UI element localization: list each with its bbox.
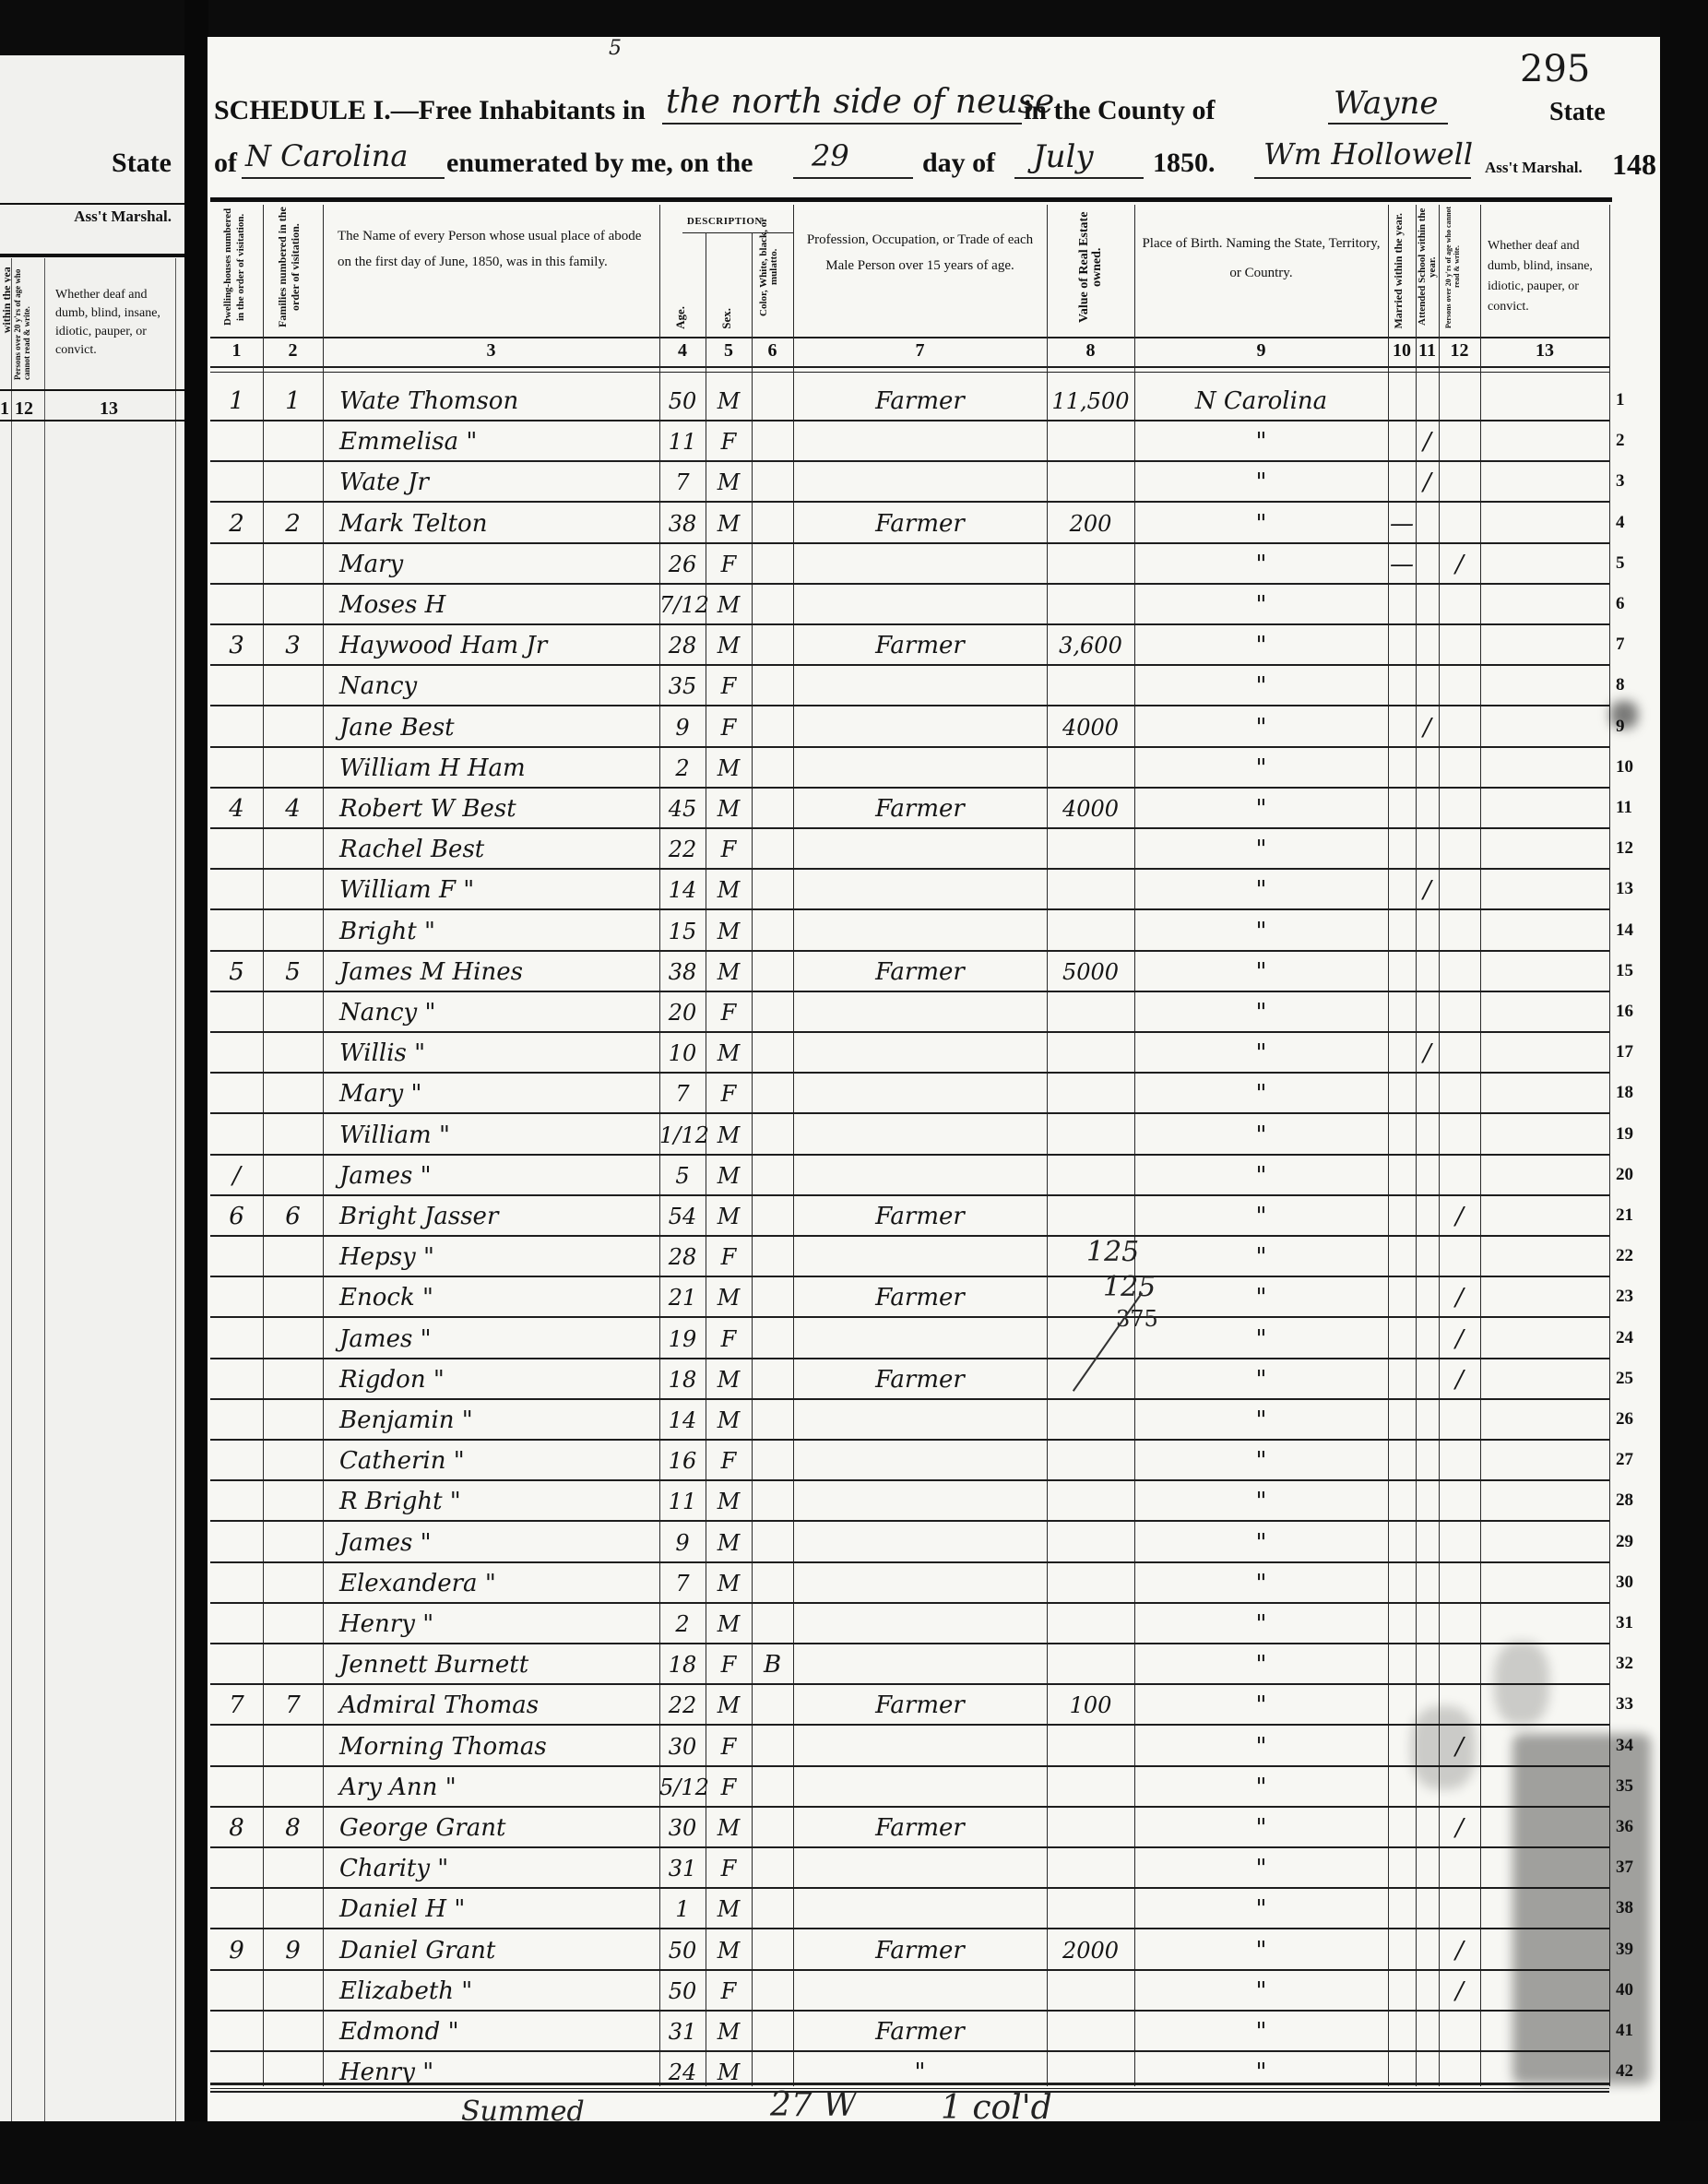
cell-sex: M [706, 911, 752, 952]
cell-school [1416, 544, 1439, 585]
colnum-1: 1 [210, 340, 263, 362]
marshal-label: Ass't Marshal. [1485, 159, 1583, 177]
cell-real-estate [1047, 911, 1134, 952]
cell-dwelling [210, 829, 263, 870]
cell-name: Nancy [323, 666, 659, 706]
cell-dwelling: / [210, 1156, 263, 1196]
colnum-10: 10 [1388, 340, 1416, 362]
cell-married [1388, 707, 1416, 748]
cell-illiterate: / [1439, 1808, 1480, 1848]
cell-sex: F [706, 421, 752, 462]
cell-illiterate [1439, 707, 1480, 748]
table-row: Nancy "20F" [210, 992, 1609, 1033]
cell-family [263, 666, 323, 706]
table-row: Willis "10M"/ [210, 1033, 1609, 1074]
cell-condition [1480, 504, 1609, 544]
cell-age: 20 [659, 992, 706, 1033]
cell-dwelling [210, 1889, 263, 1929]
cell-dwelling [210, 1563, 263, 1604]
table-row: 22Mark Telton38MFarmer200"— [210, 504, 1609, 544]
cell-family [263, 911, 323, 952]
cell-birthplace: " [1134, 1074, 1388, 1114]
cell-age: 28 [659, 625, 706, 666]
cell-family [263, 1481, 323, 1522]
line-number: 32 [1616, 1654, 1653, 1674]
cell-birthplace: " [1134, 1277, 1388, 1318]
col-4-header: Age. [659, 205, 706, 337]
cell-age: 19 [659, 1319, 706, 1359]
cell-color [752, 1848, 793, 1889]
cell-age: 2 [659, 748, 706, 789]
cell-married [1388, 1767, 1416, 1808]
cell-family [263, 1033, 323, 1074]
cell-real-estate: 11,500 [1047, 381, 1134, 421]
table-row: Catherin "16F" [210, 1441, 1609, 1481]
cell-dwelling [210, 1074, 263, 1114]
cell-sex: M [706, 1196, 752, 1237]
page-edge-shadow [1660, 0, 1708, 2184]
cell-family: 5 [263, 952, 323, 992]
cell-occupation: Farmer [793, 625, 1047, 666]
cell-color [752, 1196, 793, 1237]
line-number: 14 [1616, 920, 1653, 941]
prev-colnum: 1 [0, 398, 9, 420]
cell-sex: M [706, 1523, 752, 1563]
cell-married: — [1388, 504, 1416, 544]
cell-name: William H Ham [323, 748, 659, 789]
cell-real-estate [1047, 748, 1134, 789]
cell-married [1388, 1889, 1416, 1929]
cell-real-estate [1047, 1604, 1134, 1644]
cell-dwelling [210, 585, 263, 625]
cell-sex: F [706, 829, 752, 870]
cell-color [752, 707, 793, 748]
line-number: 21 [1616, 1205, 1653, 1226]
cell-birthplace: " [1134, 1727, 1388, 1767]
line-number: 25 [1616, 1369, 1653, 1389]
cell-birthplace: " [1134, 911, 1388, 952]
line-number: 24 [1616, 1328, 1653, 1348]
cell-married [1388, 1685, 1416, 1726]
cell-color [752, 504, 793, 544]
cell-occupation [793, 1156, 1047, 1196]
cell-married [1388, 748, 1416, 789]
cell-sex: M [706, 1930, 752, 1971]
cell-married [1388, 1971, 1416, 2012]
cell-dwelling [210, 1277, 263, 1318]
cell-color: B [752, 1644, 793, 1685]
cell-illiterate [1439, 1848, 1480, 1889]
cell-real-estate [1047, 544, 1134, 585]
of-label: of [214, 148, 237, 179]
cell-dwelling: 6 [210, 1196, 263, 1237]
table-row: Hepsy "28F" [210, 1237, 1609, 1277]
cell-illiterate: / [1439, 1930, 1480, 1971]
header-rule [210, 197, 1612, 202]
cell-real-estate [1047, 1074, 1134, 1114]
cell-school [1416, 1074, 1439, 1114]
table-row: 11Wate Thomson50MFarmer11,500N Carolina [210, 381, 1609, 421]
cell-name: Haywood Ham Jr [323, 625, 659, 666]
cell-married [1388, 1237, 1416, 1277]
cell-birthplace: " [1134, 1319, 1388, 1359]
cell-illiterate [1439, 829, 1480, 870]
cell-real-estate [1047, 1644, 1134, 1685]
cell-real-estate [1047, 462, 1134, 503]
cell-illiterate: / [1439, 1971, 1480, 2012]
cell-real-estate [1047, 1889, 1134, 1929]
cell-illiterate [1439, 1115, 1480, 1156]
cell-sex: F [706, 1441, 752, 1481]
cell-illiterate [1439, 1644, 1480, 1685]
col-13-header: Whether deaf and dumb, blind, insane, id… [1480, 205, 1609, 337]
cell-color [752, 625, 793, 666]
cell-illiterate [1439, 1033, 1480, 1074]
cell-illiterate [1439, 666, 1480, 706]
cell-color [752, 1604, 793, 1644]
line-number: 23 [1616, 1287, 1653, 1307]
cell-occupation [793, 1523, 1047, 1563]
cell-occupation [793, 1604, 1047, 1644]
cell-condition [1480, 1523, 1609, 1563]
cell-birthplace: " [1134, 1441, 1388, 1481]
cell-family [263, 1889, 323, 1929]
table-row: Rachel Best22F" [210, 829, 1609, 870]
cell-color [752, 1237, 793, 1277]
line-number: 27 [1616, 1450, 1653, 1470]
col-2-header: Families numbered in the order of visita… [263, 205, 323, 337]
cell-sex: F [706, 666, 752, 706]
cell-age: 22 [659, 829, 706, 870]
cell-illiterate [1439, 870, 1480, 910]
cell-occupation: Farmer [793, 789, 1047, 829]
table-row: Rigdon "18MFarmer"/ [210, 1359, 1609, 1400]
cell-birthplace: " [1134, 1115, 1388, 1156]
cell-dwelling: 4 [210, 789, 263, 829]
line-number: 19 [1616, 1124, 1653, 1145]
table-row: 99Daniel Grant50MFarmer2000"/ [210, 1930, 1609, 1971]
table-row: 44Robert W Best45MFarmer4000" [210, 789, 1609, 829]
cell-real-estate [1047, 1196, 1134, 1237]
page-number-handwritten: 295 [1520, 48, 1590, 90]
cell-real-estate [1047, 2052, 1134, 2093]
cell-real-estate [1047, 1971, 1134, 2012]
table-row: Morning Thomas30F"/ [210, 1727, 1609, 1767]
cell-name: Hepsy " [323, 1237, 659, 1277]
line-number: 10 [1616, 757, 1653, 777]
cell-dwelling [210, 421, 263, 462]
cell-illiterate [1439, 1604, 1480, 1644]
cell-color [752, 1074, 793, 1114]
cell-married [1388, 666, 1416, 706]
cell-occupation [793, 585, 1047, 625]
cell-illiterate [1439, 1400, 1480, 1441]
enumerated-label: enumerated by me, on the [446, 148, 753, 179]
table-row: James "9M" [210, 1523, 1609, 1563]
state-label: State [1549, 98, 1606, 127]
day-handwritten: 29 [812, 138, 849, 173]
cell-name: Morning Thomas [323, 1727, 659, 1767]
cell-occupation [793, 1848, 1047, 1889]
colnum-5: 5 [706, 340, 752, 362]
prev-underline [0, 203, 184, 205]
cell-school: / [1416, 462, 1439, 503]
col-3-header: The Name of every Person whose usual pla… [323, 205, 659, 337]
cell-birthplace: " [1134, 1604, 1388, 1644]
cell-sex: M [706, 1156, 752, 1196]
cell-condition [1480, 625, 1609, 666]
cell-real-estate: 100 [1047, 1685, 1134, 1726]
cell-school [1416, 1848, 1439, 1889]
table-row: 66Bright Jasser54MFarmer"/ [210, 1196, 1609, 1237]
cell-color [752, 1481, 793, 1522]
cell-age: 2 [659, 1604, 706, 1644]
cell-school [1416, 1971, 1439, 2012]
cell-dwelling [210, 992, 263, 1033]
cell-family [263, 1319, 323, 1359]
cell-real-estate [1047, 585, 1134, 625]
cell-birthplace: " [1134, 1644, 1388, 1685]
cell-sex: F [706, 1767, 752, 1808]
cell-married [1388, 462, 1416, 503]
cell-name: William " [323, 1115, 659, 1156]
cell-married [1388, 1848, 1416, 1889]
table-row: William H Ham2M" [210, 748, 1609, 789]
cell-illiterate [1439, 2012, 1480, 2052]
cell-married [1388, 1400, 1416, 1441]
cell-occupation [793, 1971, 1047, 2012]
cell-dwelling [210, 1971, 263, 2012]
cell-dwelling [210, 1237, 263, 1277]
cell-dwelling: 9 [210, 1930, 263, 1971]
cell-occupation [793, 462, 1047, 503]
cell-school: / [1416, 1033, 1439, 1074]
table-row: Nancy35F" [210, 666, 1609, 706]
cell-dwelling [210, 666, 263, 706]
cell-name: Rigdon " [323, 1359, 659, 1400]
cell-married [1388, 870, 1416, 910]
cell-dwelling [210, 1359, 263, 1400]
cell-occupation: Farmer [793, 1359, 1047, 1400]
cell-dwelling [210, 911, 263, 952]
cell-sex: M [706, 504, 752, 544]
cell-color [752, 666, 793, 706]
cell-name: Emmelisa " [323, 421, 659, 462]
cell-color [752, 789, 793, 829]
colnum-9: 9 [1134, 340, 1388, 362]
cell-sex: F [706, 1237, 752, 1277]
cell-married [1388, 1644, 1416, 1685]
cell-family [263, 992, 323, 1033]
cell-real-estate [1047, 1767, 1134, 1808]
cell-married [1388, 1523, 1416, 1563]
state-handwritten: N Carolina [245, 138, 408, 173]
cell-dwelling [210, 1523, 263, 1563]
cell-age: 1 [659, 1889, 706, 1929]
cell-age: 5 [659, 1156, 706, 1196]
cell-name: Enock " [323, 1277, 659, 1318]
cell-real-estate: 2000 [1047, 1930, 1134, 1971]
previous-page-strip: State Ass't Marshal. within the year. Pe… [0, 55, 184, 2177]
cell-name: Daniel Grant [323, 1930, 659, 1971]
cell-illiterate [1439, 789, 1480, 829]
cell-occupation: Farmer [793, 1930, 1047, 1971]
colnum-6: 6 [752, 340, 793, 362]
cell-family [263, 1848, 323, 1889]
cell-occupation [793, 1889, 1047, 1929]
year-label: 1850. [1153, 148, 1216, 179]
cell-birthplace: " [1134, 1971, 1388, 2012]
cell-illiterate [1439, 462, 1480, 503]
cell-sex: M [706, 1889, 752, 1929]
cell-occupation [793, 666, 1047, 706]
cell-dwelling [210, 1319, 263, 1359]
cell-color [752, 1441, 793, 1481]
cell-sex: M [706, 870, 752, 910]
cell-school [1416, 2012, 1439, 2052]
cell-family [263, 1074, 323, 1114]
cell-illiterate [1439, 504, 1480, 544]
cell-dwelling [210, 1848, 263, 1889]
cell-color [752, 829, 793, 870]
col-10-header: Married within the year. [1388, 205, 1416, 337]
cell-name: Mark Telton [323, 504, 659, 544]
colnum-12: 12 [1439, 340, 1480, 362]
cell-condition [1480, 1319, 1609, 1359]
cell-married [1388, 1563, 1416, 1604]
cell-age: 9 [659, 1523, 706, 1563]
cell-color [752, 1930, 793, 1971]
cell-age: 18 [659, 1359, 706, 1400]
cell-birthplace: N Carolina [1134, 381, 1388, 421]
cell-school [1416, 1644, 1439, 1685]
cell-condition [1480, 707, 1609, 748]
cell-sex: M [706, 1808, 752, 1848]
line-number: 2 [1616, 431, 1653, 451]
cell-condition [1480, 1277, 1609, 1318]
county-label: in the County of [1024, 95, 1216, 126]
cell-name: Ary Ann " [323, 1767, 659, 1808]
cell-school [1416, 2052, 1439, 2093]
cell-sex: M [706, 748, 752, 789]
cell-sex: M [706, 1277, 752, 1318]
cell-family [263, 585, 323, 625]
cell-condition [1480, 1156, 1609, 1196]
cell-age: 31 [659, 2012, 706, 2052]
cell-married: — [1388, 544, 1416, 585]
cell-birthplace: " [1134, 1848, 1388, 1889]
cell-occupation [793, 1115, 1047, 1156]
cell-color [752, 1971, 793, 2012]
cell-age: 30 [659, 1727, 706, 1767]
cell-family [263, 2052, 323, 2093]
cell-dwelling [210, 870, 263, 910]
cell-family [263, 1563, 323, 1604]
line-number: 26 [1616, 1409, 1653, 1430]
cell-sex: M [706, 2052, 752, 2093]
table-row: James "19F"/ [210, 1319, 1609, 1359]
cell-illiterate [1439, 992, 1480, 1033]
line-number: 5 [1616, 553, 1653, 574]
cell-age: 7 [659, 1074, 706, 1114]
cell-name: William F " [323, 870, 659, 910]
cell-condition [1480, 421, 1609, 462]
cell-school [1416, 1563, 1439, 1604]
colnum-3: 3 [323, 340, 659, 362]
cell-occupation: Farmer [793, 2012, 1047, 2052]
county-handwritten: Wayne [1334, 85, 1439, 122]
cell-sex: F [706, 1319, 752, 1359]
cell-dwelling [210, 748, 263, 789]
cell-name: James " [323, 1319, 659, 1359]
cell-illiterate: / [1439, 544, 1480, 585]
cell-age: 5/12 [659, 1767, 706, 1808]
col-7-header: Profession, Occupation, or Trade of each… [793, 205, 1047, 337]
cell-name: George Grant [323, 1808, 659, 1848]
cell-age: 11 [659, 421, 706, 462]
cell-age: 31 [659, 1848, 706, 1889]
table-row: Benjamin "14M" [210, 1400, 1609, 1441]
cell-color [752, 1156, 793, 1196]
table-row: Henry "24M"" [210, 2052, 1609, 2093]
cell-sex: M [706, 1685, 752, 1726]
cell-illiterate [1439, 1563, 1480, 1604]
cell-color [752, 911, 793, 952]
colnum-8: 8 [1047, 340, 1134, 362]
cell-birthplace: " [1134, 829, 1388, 870]
cell-school [1416, 1237, 1439, 1277]
cell-married [1388, 1319, 1416, 1359]
cell-birthplace: " [1134, 1481, 1388, 1522]
cell-color [752, 1359, 793, 1400]
cell-birthplace: " [1134, 625, 1388, 666]
cell-occupation [793, 992, 1047, 1033]
cell-school [1416, 952, 1439, 992]
cell-real-estate [1047, 870, 1134, 910]
page-number-printed: 148 [1612, 148, 1656, 182]
cell-sex: F [706, 1074, 752, 1114]
cell-school [1416, 625, 1439, 666]
line-number: 31 [1616, 1613, 1653, 1633]
cell-dwelling [210, 1727, 263, 1767]
cell-sex: M [706, 1563, 752, 1604]
corner-damage [1512, 1734, 1651, 2084]
cell-birthplace: " [1134, 2012, 1388, 2052]
cell-condition [1480, 1604, 1609, 1644]
cell-birthplace: " [1134, 1523, 1388, 1563]
cell-school: / [1416, 421, 1439, 462]
cell-birthplace: " [1134, 1685, 1388, 1726]
cell-birthplace: " [1134, 2052, 1388, 2093]
cell-school [1416, 1889, 1439, 1929]
table-row: Moses H7/12M" [210, 585, 1609, 625]
cell-age: 1/12 [659, 1115, 706, 1156]
cell-name: Daniel H " [323, 1889, 659, 1929]
cell-birthplace: " [1134, 748, 1388, 789]
cell-name: Admiral Thomas [323, 1685, 659, 1726]
cell-sex: M [706, 2012, 752, 2052]
cell-occupation [793, 1481, 1047, 1522]
cell-family: 3 [263, 625, 323, 666]
cell-occupation [793, 1400, 1047, 1441]
stain [1411, 1706, 1476, 1789]
cell-real-estate [1047, 1523, 1134, 1563]
line-number: 11 [1616, 798, 1653, 818]
cell-sex: F [706, 544, 752, 585]
cell-sex: M [706, 1033, 752, 1074]
table-row: Emmelisa "11F"/ [210, 421, 1609, 462]
cell-family [263, 544, 323, 585]
